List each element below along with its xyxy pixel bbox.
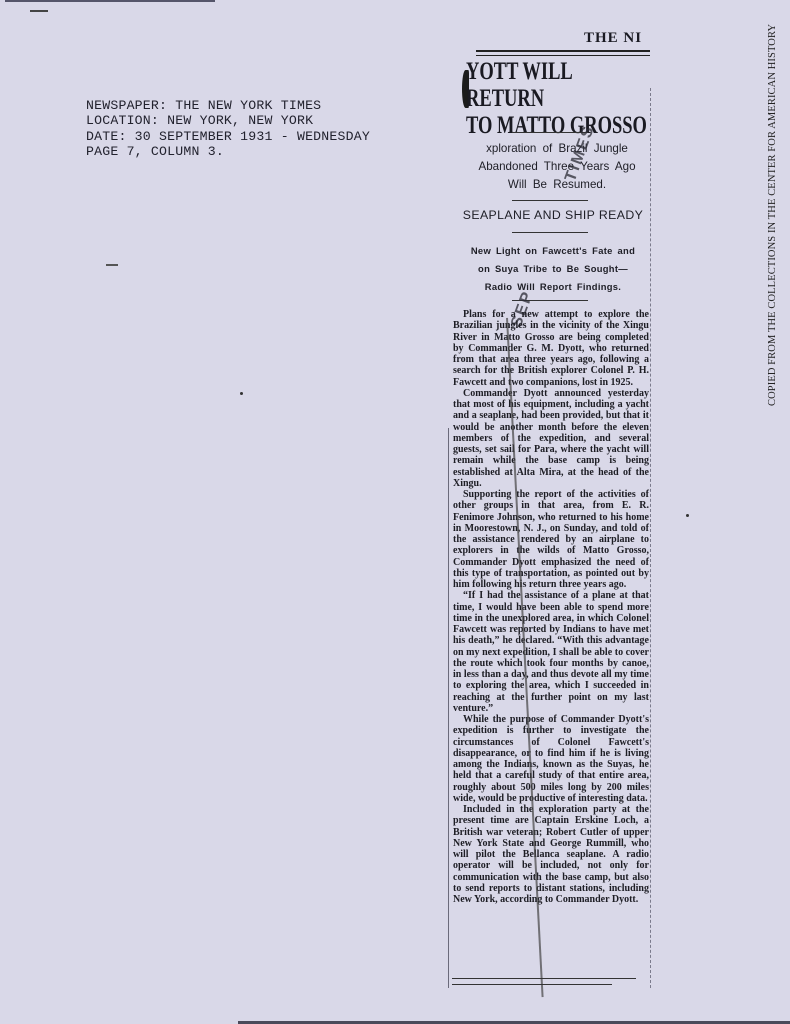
headline-line: YOTT WILL RETURN bbox=[466, 58, 651, 112]
headline: YOTT WILL RETURN TO MATTO GROSSO bbox=[466, 58, 651, 139]
clipping-edge bbox=[448, 428, 450, 988]
record-page-column: PAGE 7, COLUMN 3. bbox=[86, 144, 370, 159]
subhead-line: Abandoned Three Years Ago bbox=[462, 158, 652, 176]
archive-record-block: NEWSPAPER: THE NEW YORK TIMES LOCATION: … bbox=[86, 98, 370, 159]
article-end-rule bbox=[452, 984, 612, 985]
record-date: DATE: 30 SEPTEMBER 1931 - WEDNESDAY bbox=[86, 129, 370, 144]
subhead-line: New Light on Fawcett's Fate and bbox=[454, 242, 652, 260]
masthead: THE NI bbox=[584, 30, 642, 47]
article-paragraph: Included in the exploration party at the… bbox=[453, 804, 649, 905]
article-paragraph: “If I had the assistance of a plane at t… bbox=[453, 590, 649, 714]
article-paragraph: Plans for a new attempt to explore the B… bbox=[453, 309, 649, 388]
divider bbox=[512, 200, 588, 201]
masthead-rule bbox=[476, 55, 650, 56]
stray-mark bbox=[106, 264, 118, 266]
stray-mark bbox=[240, 392, 243, 395]
stray-mark bbox=[686, 514, 689, 517]
article-paragraph: Commander Dyott announced yesterday that… bbox=[453, 388, 649, 489]
subheadline-tertiary: New Light on Fawcett's Fate and on Suya … bbox=[454, 242, 652, 296]
subhead-line: Radio Will Report Findings. bbox=[454, 278, 652, 296]
headline-line: TO MATTO GROSSO bbox=[466, 112, 651, 139]
clipping-edge bbox=[650, 88, 652, 988]
top-edge-rule bbox=[5, 0, 215, 2]
archive-source-caption: COPIED FROM THE COLLECTIONS IN THE CENTE… bbox=[767, 24, 778, 406]
article-paragraph: While the purpose of Commander Dyott's e… bbox=[453, 714, 649, 804]
subheadline-primary: xploration of Brazil Jungle Abandoned Th… bbox=[462, 140, 652, 194]
article-paragraph: Supporting the report of the activities … bbox=[453, 489, 649, 590]
stray-mark bbox=[30, 10, 48, 12]
divider bbox=[512, 132, 588, 133]
newspaper-clipping: THE NI YOTT WILL RETURN TO MATTO GROSSO … bbox=[446, 28, 652, 996]
divider bbox=[512, 232, 588, 233]
article-body: Plans for a new attempt to explore the B… bbox=[453, 309, 649, 905]
record-newspaper: NEWSPAPER: THE NEW YORK TIMES bbox=[86, 98, 370, 113]
record-location: LOCATION: NEW YORK, NEW YORK bbox=[86, 113, 370, 128]
subhead-line: on Suya Tribe to Be Sought— bbox=[454, 260, 652, 278]
subhead-line: xploration of Brazil Jungle bbox=[462, 140, 652, 158]
masthead-rule bbox=[476, 50, 650, 52]
subhead-line: Will Be Resumed. bbox=[462, 176, 652, 194]
subheadline-secondary: SEAPLANE AND SHIP READY bbox=[454, 208, 652, 222]
article-end-rule bbox=[452, 978, 636, 979]
